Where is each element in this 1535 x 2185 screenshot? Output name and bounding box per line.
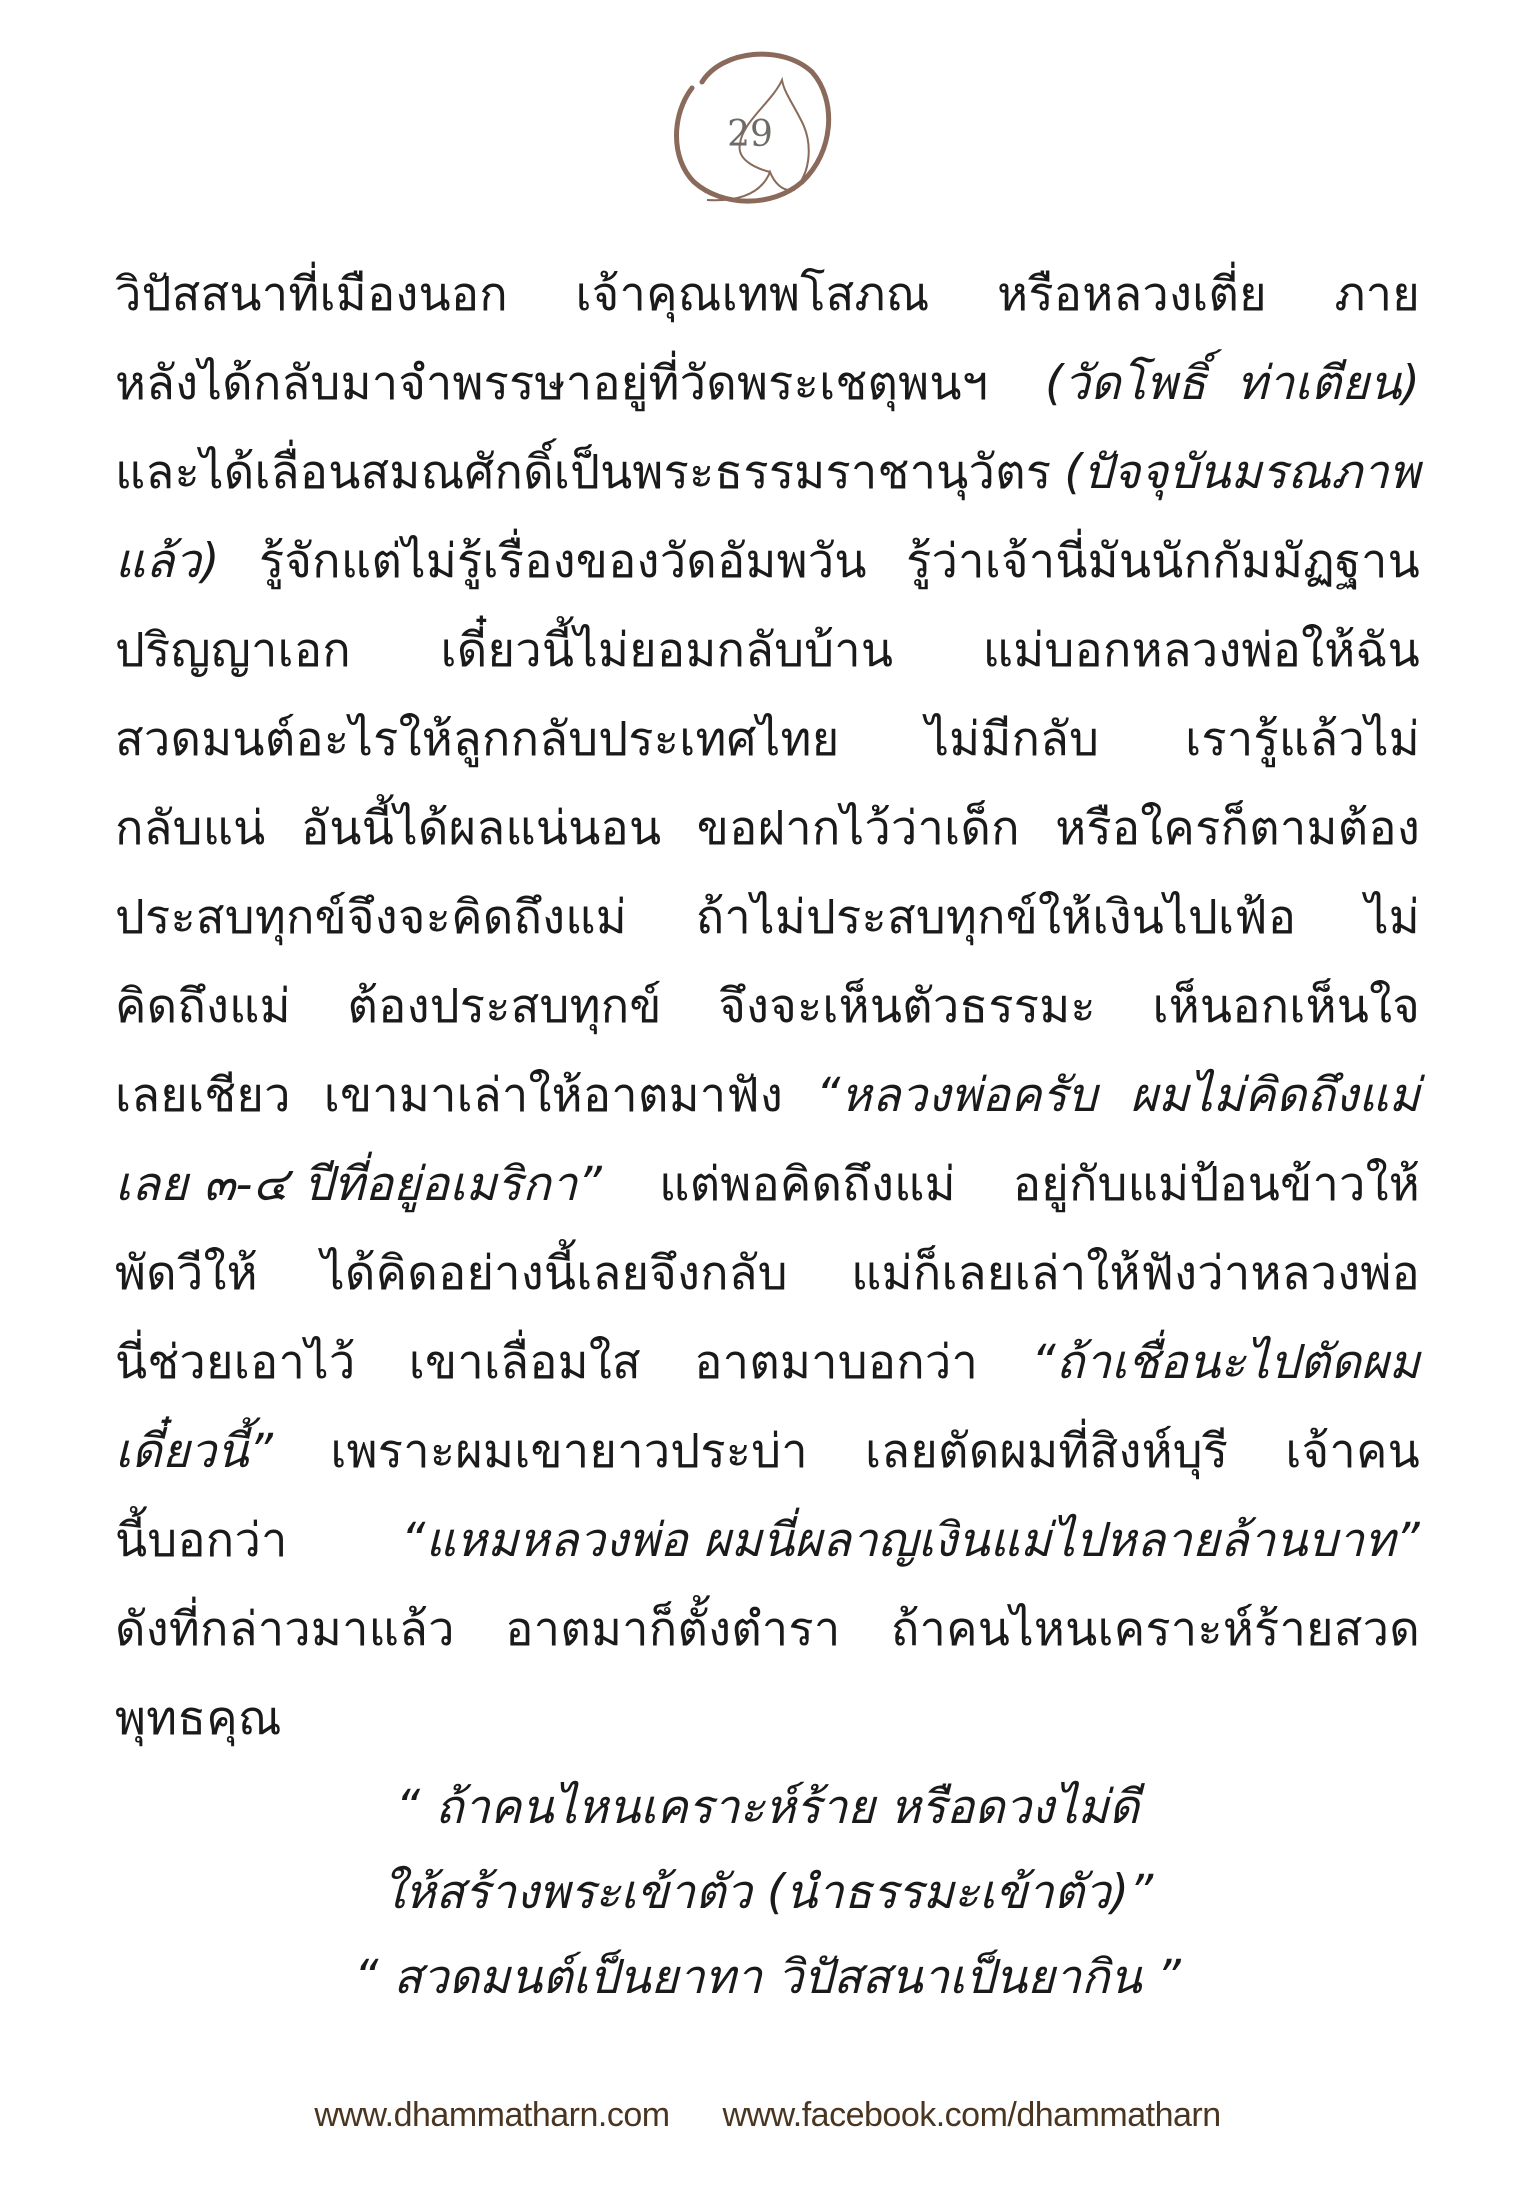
text-segment: อันนี้ได้ผลแน่นอน bbox=[301, 784, 661, 873]
text-segment: เลยเชียว bbox=[115, 1051, 291, 1140]
quoted-text: เลย ๓-๔ ปีที่อยู่อเมริกา” bbox=[115, 1140, 602, 1229]
quoted-text: “หลวงพ่อครับ bbox=[816, 1051, 1097, 1140]
text-line: เลยเชียวเขามาเล่าให้อาตมาฟัง“หลวงพ่อครับ… bbox=[115, 1051, 1420, 1140]
text-segment: คิดถึงแม่ bbox=[115, 962, 291, 1051]
text-segment: ภาย bbox=[1334, 250, 1420, 339]
text-segment: จึงจะเห็นตัวธรรมะ bbox=[718, 962, 1096, 1051]
text-line: พุทธคุณ bbox=[115, 1674, 1420, 1763]
text-line: เลย ๓-๔ ปีที่อยู่อเมริกา”แต่พอคิดถึงแม่อ… bbox=[115, 1140, 1420, 1229]
quoted-text: “แหมหลวงพ่อ ผมนี่ผลาญเงินแม่ไปหลายล้านบา… bbox=[401, 1496, 1420, 1585]
text-line: วิปัสสนาที่เมืองนอกเจ้าคุณเทพโสภณหรือหลว… bbox=[115, 250, 1420, 339]
text-line: นี้บอกว่า“แหมหลวงพ่อ ผมนี่ผลาญเงินแม่ไปห… bbox=[115, 1496, 1420, 1585]
text-segment: หลังได้กลับมาจำพรรษาอยู่ที่วัดพระเชตุพนฯ bbox=[115, 339, 988, 428]
website-link[interactable]: www.dhammatharn.com bbox=[314, 2096, 669, 2134]
text-segment: แม่บอกหลวงพ่อให้ฉัน bbox=[983, 606, 1420, 695]
text-segment: เดี๋ยวนี้ไม่ยอมกลับบ้าน bbox=[441, 606, 894, 695]
text-segment: เจ้าคุณเทพโสภณ bbox=[576, 250, 930, 339]
text-line: ปริญญาเอกเดี๋ยวนี้ไม่ยอมกลับบ้านแม่บอกหล… bbox=[115, 606, 1420, 695]
text-segment: นี่ช่วยเอาไว้ bbox=[115, 1318, 355, 1407]
text-line: ดังที่กล่าวมาแล้วอาตมาก็ตั้งตำราถ้าคนไหน… bbox=[115, 1585, 1420, 1674]
text-line: หลังได้กลับมาจำพรรษาอยู่ที่วัดพระเชตุพนฯ… bbox=[115, 339, 1420, 428]
text-segment: วิปัสสนาที่เมืองนอก bbox=[115, 250, 508, 339]
quoted-text: (ปัจจุบันมรณภาพ bbox=[1064, 428, 1420, 517]
text-line: กลับแน่อันนี้ได้ผลแน่นอนขอฝากไว้ว่าเด็กห… bbox=[115, 784, 1420, 873]
text-line: เดี๋ยวนี้”เพราะผมเขายาวประบ่าเลยตัดผมที่… bbox=[115, 1407, 1420, 1496]
text-line: พัดวีให้ได้คิดอย่างนี้เลยจึงกลับแม่ก็เลย… bbox=[115, 1229, 1420, 1318]
text-segment: ต้องประสบทุกข์ bbox=[347, 962, 661, 1051]
text-line: นี่ช่วยเอาไว้เขาเลื่อมใสอาตมาบอกว่า“ถ้าเ… bbox=[115, 1318, 1420, 1407]
quoted-text: เดี๋ยวนี้” bbox=[115, 1407, 273, 1496]
quoted-text: ผมไม่คิดถึงแม่ bbox=[1130, 1051, 1420, 1140]
text-segment: แม่ก็เลยเล่าให้ฟังว่าหลวงพ่อ bbox=[851, 1229, 1420, 1318]
quoted-text: “ถ้าเชื่อนะไปตัดผม bbox=[1031, 1318, 1420, 1407]
text-line: สวดมนต์อะไรให้ลูกกลับประเทศไทยไม่มีกลับเ… bbox=[115, 695, 1420, 784]
quote-line: ให้สร้างพระเข้าตัว (นำธรรมะเข้าตัว)” bbox=[0, 1850, 1535, 1935]
text-segment: เห็นอกเห็นใจ bbox=[1152, 962, 1420, 1051]
text-segment: อาตมาบอกว่า bbox=[694, 1318, 978, 1407]
facebook-link[interactable]: www.facebook.com/dhammatharn bbox=[723, 2096, 1221, 2134]
text-segment: พุทธคุณ bbox=[115, 1674, 282, 1763]
text-line: และได้เลื่อนสมณศักดิ์เป็นพระธรรมราชานุวั… bbox=[115, 428, 1420, 517]
text-segment: ขอฝากไว้ว่าเด็ก bbox=[697, 784, 1020, 873]
text-segment: รู้จักแต่ไม่รู้เรื่องของวัดอัมพวัน bbox=[259, 517, 867, 606]
quote-line: “ สวดมนต์เป็นยาทา วิปัสสนาเป็นยากิน ” bbox=[0, 1935, 1535, 2020]
text-segment: และได้เลื่อนสมณศักดิ์เป็นพระธรรมราชานุวั… bbox=[115, 428, 1051, 517]
text-segment: ได้คิดอย่างนี้เลยจึงกลับ bbox=[321, 1229, 788, 1318]
text-segment: สวดมนต์อะไรให้ลูกกลับประเทศไทย bbox=[115, 695, 839, 784]
text-segment: รู้ว่าเจ้านี่มันนักกัมมัฏฐาน bbox=[906, 517, 1420, 606]
quote-line: “ ถ้าคนไหนเคราะห์ร้าย หรือดวงไม่ดี bbox=[0, 1765, 1535, 1850]
text-segment: แต่พอคิดถึงแม่ bbox=[659, 1140, 956, 1229]
page-number-badge: 29 bbox=[662, 22, 838, 212]
footer: www.dhammatharn.com www.facebook.com/dha… bbox=[0, 2096, 1535, 2135]
text-segment: ไม่ bbox=[1365, 873, 1420, 962]
text-line: คิดถึงแม่ต้องประสบทุกข์จึงจะเห็นตัวธรรมะ… bbox=[115, 962, 1420, 1051]
text-segment: ปริญญาเอก bbox=[115, 606, 351, 695]
text-segment: กลับแน่ bbox=[115, 784, 266, 873]
text-segment: ประสบทุกข์จึงจะคิดถึงแม่ bbox=[115, 873, 627, 962]
text-segment: หรือหลวงเตี่ย bbox=[997, 250, 1267, 339]
text-segment: อาตมาก็ตั้งตำรา bbox=[505, 1585, 840, 1674]
text-segment: เขาเลื่อมใส bbox=[409, 1318, 641, 1407]
text-line: แล้ว)รู้จักแต่ไม่รู้เรื่องของวัดอัมพวันร… bbox=[115, 517, 1420, 606]
text-segment: เลยตัดผมที่สิงห์บุรี bbox=[865, 1407, 1228, 1496]
text-segment: เรารู้แล้วไม่ bbox=[1185, 695, 1420, 784]
page-number: 29 bbox=[662, 114, 838, 155]
text-segment: อยู่กับแม่ป้อนข้าวให้ bbox=[1013, 1140, 1420, 1229]
text-segment: นี้บอกว่า bbox=[115, 1496, 288, 1585]
text-segment: ถ้าไม่ประสบทุกข์ให้เงินไปเฟ้อ bbox=[696, 873, 1296, 962]
text-segment: ดังที่กล่าวมาแล้ว bbox=[115, 1585, 455, 1674]
text-segment: เจ้าคน bbox=[1285, 1407, 1420, 1496]
closing-quote: “ ถ้าคนไหนเคราะห์ร้าย หรือดวงไม่ดี ให้สร… bbox=[0, 1765, 1535, 2020]
text-segment: เพราะผมเขายาวประบ่า bbox=[330, 1407, 808, 1496]
text-segment: ไม่มีกลับ bbox=[925, 695, 1099, 784]
text-segment: ถ้าคนไหนเคราะห์ร้ายสวด bbox=[891, 1585, 1420, 1674]
text-segment: เขามาเล่าให้อาตมาฟัง bbox=[324, 1051, 783, 1140]
text-line: ประสบทุกข์จึงจะคิดถึงแม่ถ้าไม่ประสบทุกข์… bbox=[115, 873, 1420, 962]
body-paragraph: วิปัสสนาที่เมืองนอกเจ้าคุณเทพโสภณหรือหลว… bbox=[115, 250, 1420, 1763]
quoted-text: แล้ว) bbox=[115, 517, 220, 606]
text-segment: หรือใครก็ตามต้อง bbox=[1055, 784, 1420, 873]
quoted-text: (วัดโพธิ์ ท่าเตียน) bbox=[1045, 339, 1420, 428]
text-segment: พัดวีให้ bbox=[115, 1229, 258, 1318]
